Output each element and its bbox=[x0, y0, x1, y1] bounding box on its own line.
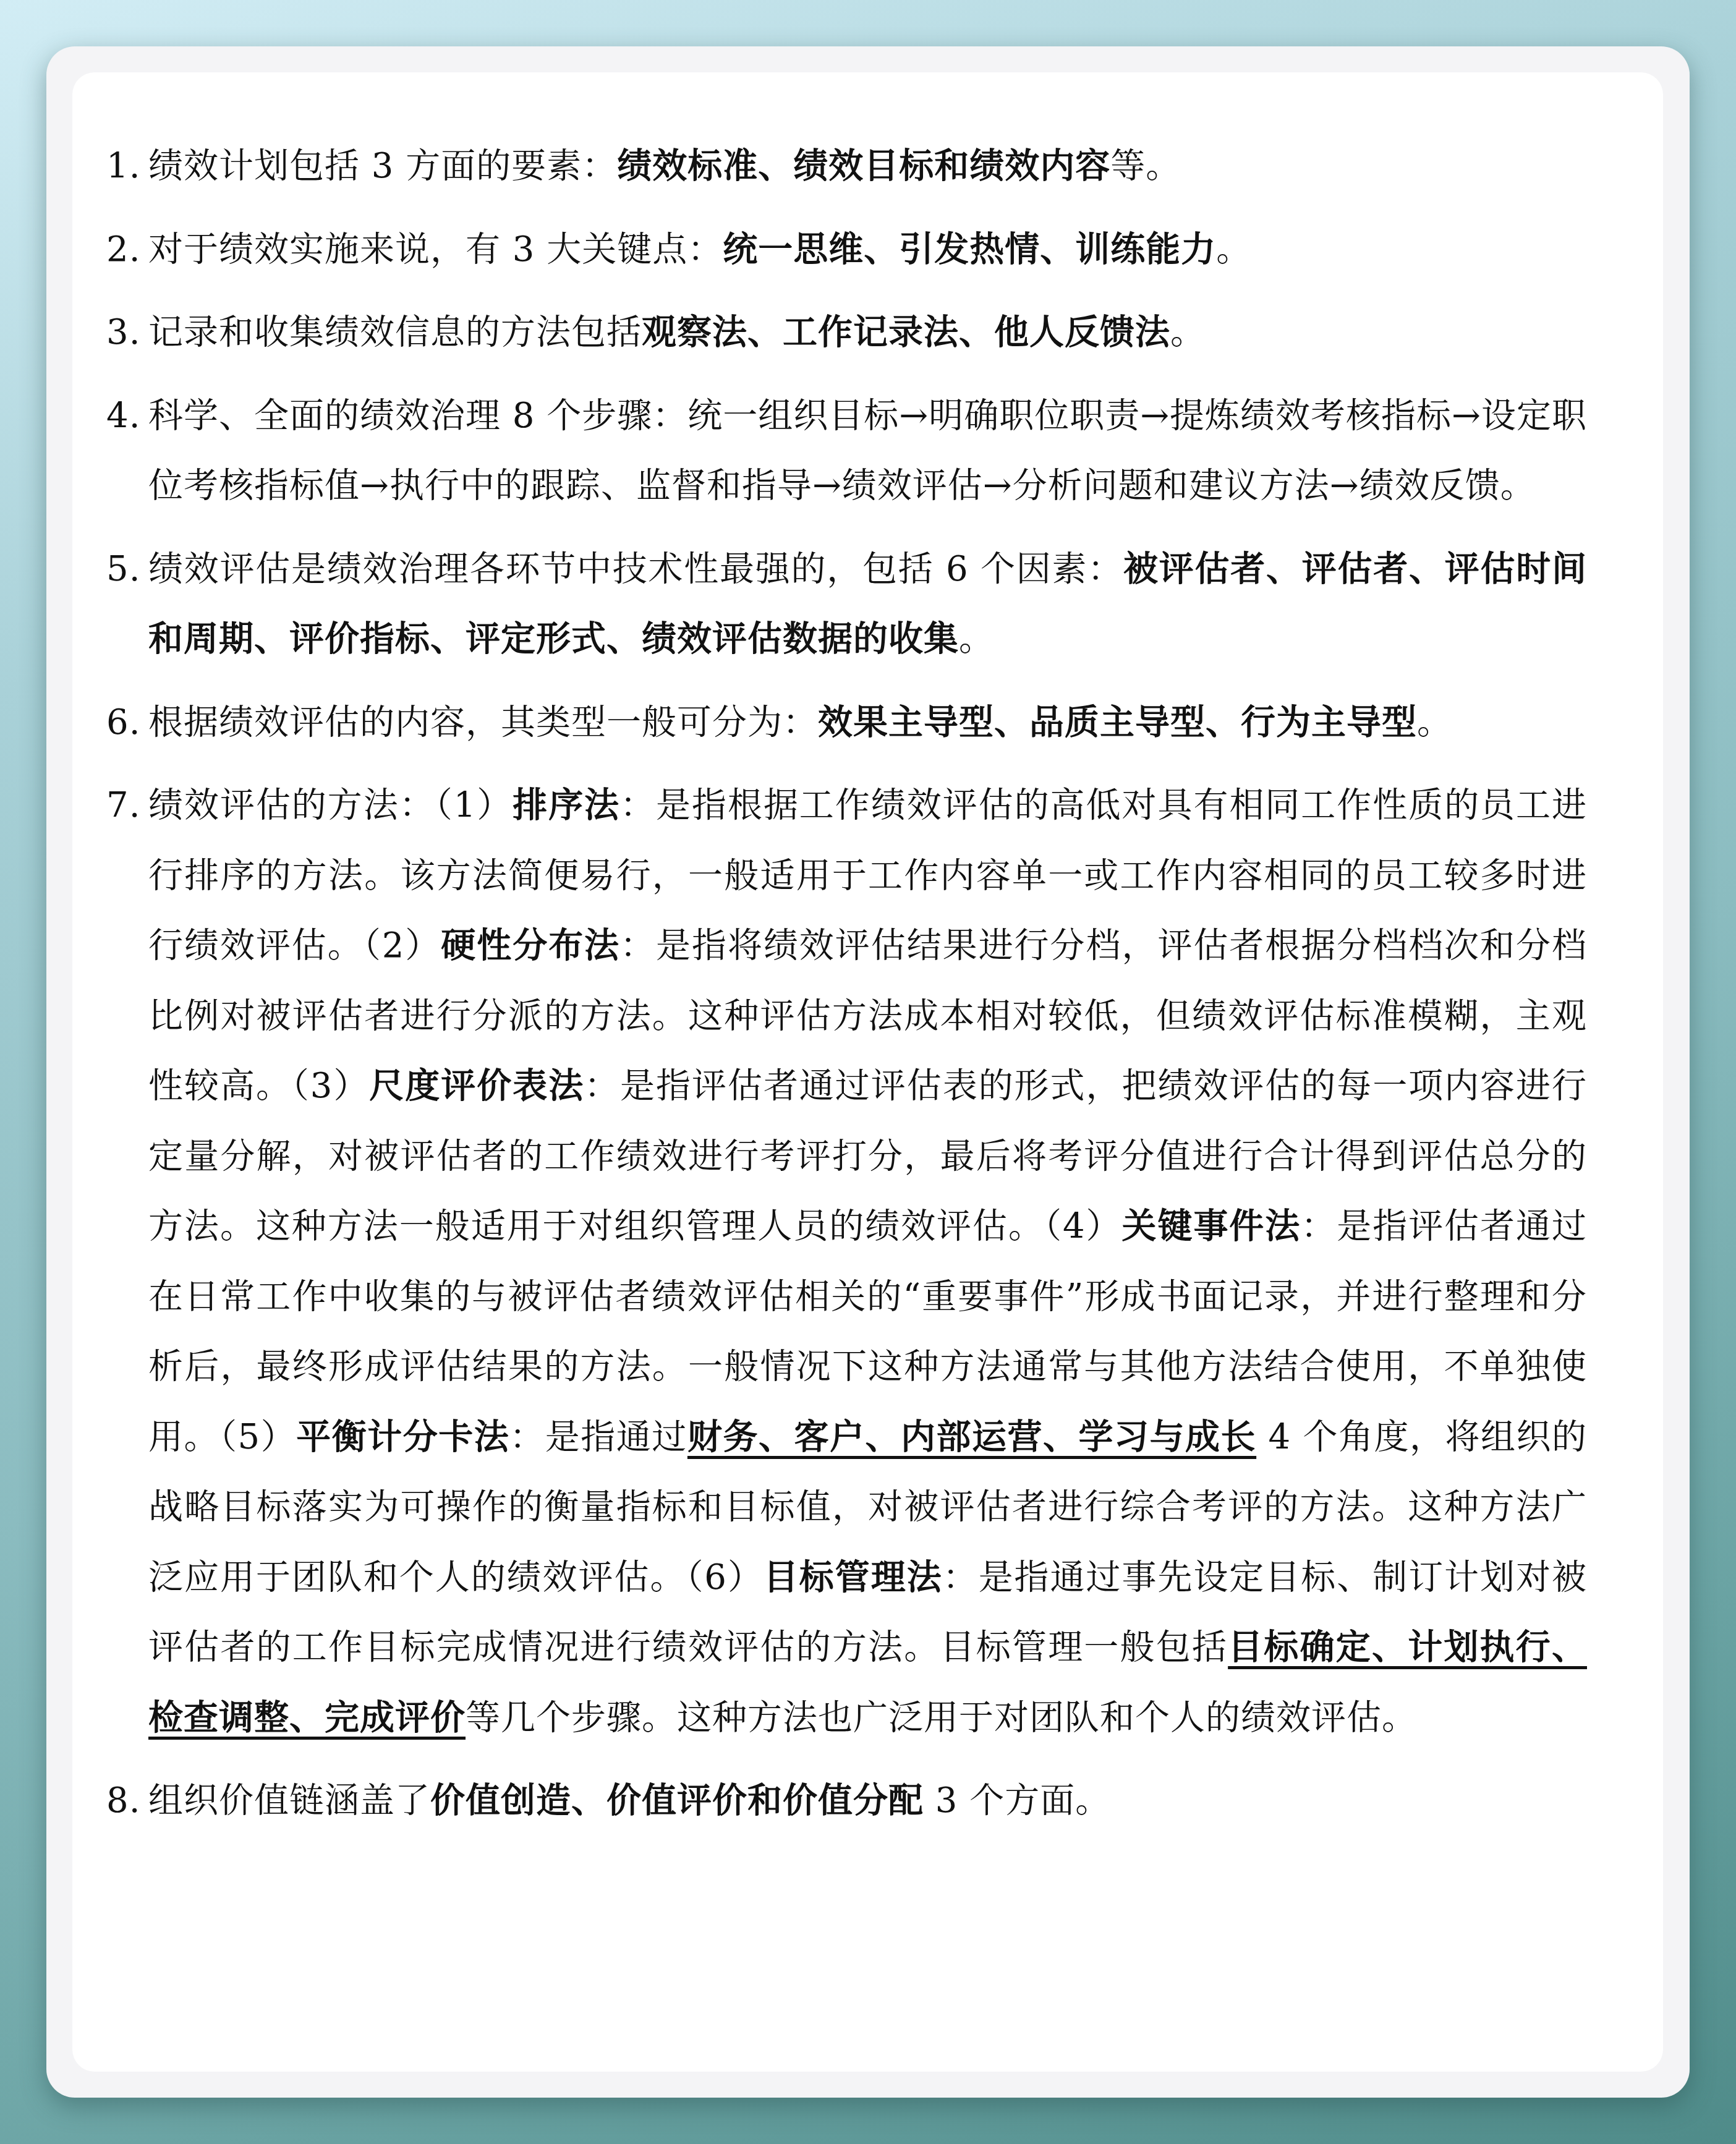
emphasis-text: 排序法 bbox=[513, 785, 620, 825]
list-item-1: 1. 绩效计划包括 3 方面的要素：绩效标准、绩效目标和绩效内容等。 bbox=[106, 131, 1587, 202]
body-text: 绩效计划包括 3 方面的要素： bbox=[148, 146, 617, 186]
numbered-list: 1. 绩效计划包括 3 方面的要素：绩效标准、绩效目标和绩效内容等。 2. 对于… bbox=[106, 131, 1587, 1849]
item-text: 科学、全面的绩效治理 8 个步骤：统一组织目标→明确职位职责→提炼绩效考核指标→… bbox=[148, 381, 1587, 521]
item-number: 5. bbox=[106, 534, 148, 605]
emphasis-text: 绩效标准、绩效目标和绩效内容 bbox=[617, 145, 1110, 186]
item-number: 8. bbox=[106, 1766, 148, 1836]
body-text: 等几个步骤。这种方法也广泛用于对团队和个人的绩效评估。 bbox=[466, 1698, 1417, 1738]
body-text: 组织价值链涵盖了 bbox=[148, 1780, 430, 1821]
item-text: 根据绩效评估的内容，其类型一般可分为：效果主导型、品质主导型、行为主导型。 bbox=[148, 687, 1587, 758]
body-text: 绩效评估的方法：（1） bbox=[148, 785, 513, 825]
underlined-emphasis-text: 财务、客户、内部运营、学习与成长 bbox=[687, 1416, 1256, 1457]
outer-card-frame: 1. 绩效计划包括 3 方面的要素：绩效标准、绩效目标和绩效内容等。 2. 对于… bbox=[46, 46, 1690, 2098]
emphasis-text: 平衡计分卡法 bbox=[296, 1416, 509, 1457]
emphasis-text: 关键事件法 bbox=[1121, 1206, 1301, 1246]
body-text: ：是指通过 bbox=[509, 1417, 687, 1457]
list-item-7: 7. 绩效评估的方法：（1）排序法：是指根据工作绩效评估的高低对具有相同工作性质… bbox=[106, 770, 1587, 1753]
item-text: 对于绩效实施来说，有 3 大关键点：统一思维、引发热情、训练能力。 bbox=[148, 215, 1587, 285]
document-card: 1. 绩效计划包括 3 方面的要素：绩效标准、绩效目标和绩效内容等。 2. 对于… bbox=[72, 72, 1663, 2072]
list-item-6: 6. 根据绩效评估的内容，其类型一般可分为：效果主导型、品质主导型、行为主导型。 bbox=[106, 687, 1587, 758]
list-item-3: 3. 记录和收集绩效信息的方法包括观察法、工作记录法、他人反馈法。 bbox=[106, 297, 1587, 368]
emphasis-text: 效果主导型、品质主导型、行为主导型 bbox=[818, 702, 1417, 742]
list-item-5: 5. 绩效评估是绩效治理各环节中技术性最强的，包括 6 个因素：被评估者、评估者… bbox=[106, 534, 1587, 674]
item-number: 6. bbox=[106, 687, 148, 758]
item-text: 组织价值链涵盖了价值创造、价值评价和价值分配 3 个方面。 bbox=[148, 1766, 1587, 1836]
emphasis-text: 观察法、工作记录法、他人反馈法 bbox=[642, 312, 1170, 352]
body-text: 。 bbox=[959, 619, 994, 659]
body-text: 3 个方面。 bbox=[924, 1780, 1110, 1821]
body-text: 记录和收集绩效信息的方法包括 bbox=[148, 312, 642, 352]
body-text: 。 bbox=[1216, 229, 1251, 270]
item-text: 记录和收集绩效信息的方法包括观察法、工作记录法、他人反馈法。 bbox=[148, 297, 1587, 368]
item-number: 4. bbox=[106, 381, 148, 451]
list-item-2: 2. 对于绩效实施来说，有 3 大关键点：统一思维、引发热情、训练能力。 bbox=[106, 215, 1587, 285]
emphasis-text: 价值创造、价值评价和价值分配 bbox=[430, 1780, 924, 1821]
body-text: 根据绩效评估的内容，其类型一般可分为： bbox=[148, 702, 818, 742]
body-text: 科学、全面的绩效治理 8 个步骤：统一组织目标→明确职位职责→提炼绩效考核指标→… bbox=[148, 396, 1587, 506]
item-number: 7. bbox=[106, 770, 148, 841]
item-text: 绩效评估是绩效治理各环节中技术性最强的，包括 6 个因素：被评估者、评估者、评估… bbox=[148, 534, 1587, 674]
emphasis-text: 硬性分布法 bbox=[441, 925, 620, 966]
body-text: 。 bbox=[1170, 312, 1206, 352]
body-text: 。 bbox=[1417, 702, 1452, 742]
emphasis-text: 尺度评价表法 bbox=[369, 1065, 584, 1106]
emphasis-text: 统一思维、引发热情、训练能力 bbox=[723, 229, 1216, 270]
body-text: 绩效评估是绩效治理各环节中技术性最强的，包括 6 个因素： bbox=[148, 549, 1123, 589]
item-number: 2. bbox=[106, 215, 148, 285]
emphasis-text: 目标管理法 bbox=[764, 1557, 943, 1597]
item-number: 1. bbox=[106, 131, 148, 202]
item-number: 3. bbox=[106, 297, 148, 368]
list-item-8: 8. 组织价值链涵盖了价值创造、价值评价和价值分配 3 个方面。 bbox=[106, 1766, 1587, 1836]
item-text: 绩效评估的方法：（1）排序法：是指根据工作绩效评估的高低对具有相同工作性质的员工… bbox=[148, 770, 1587, 1753]
body-text: 对于绩效实施来说，有 3 大关键点： bbox=[148, 229, 723, 270]
item-text: 绩效计划包括 3 方面的要素：绩效标准、绩效目标和绩效内容等。 bbox=[148, 131, 1587, 202]
list-item-4: 4. 科学、全面的绩效治理 8 个步骤：统一组织目标→明确职位职责→提炼绩效考核… bbox=[106, 381, 1587, 521]
body-text: 等。 bbox=[1110, 146, 1181, 186]
